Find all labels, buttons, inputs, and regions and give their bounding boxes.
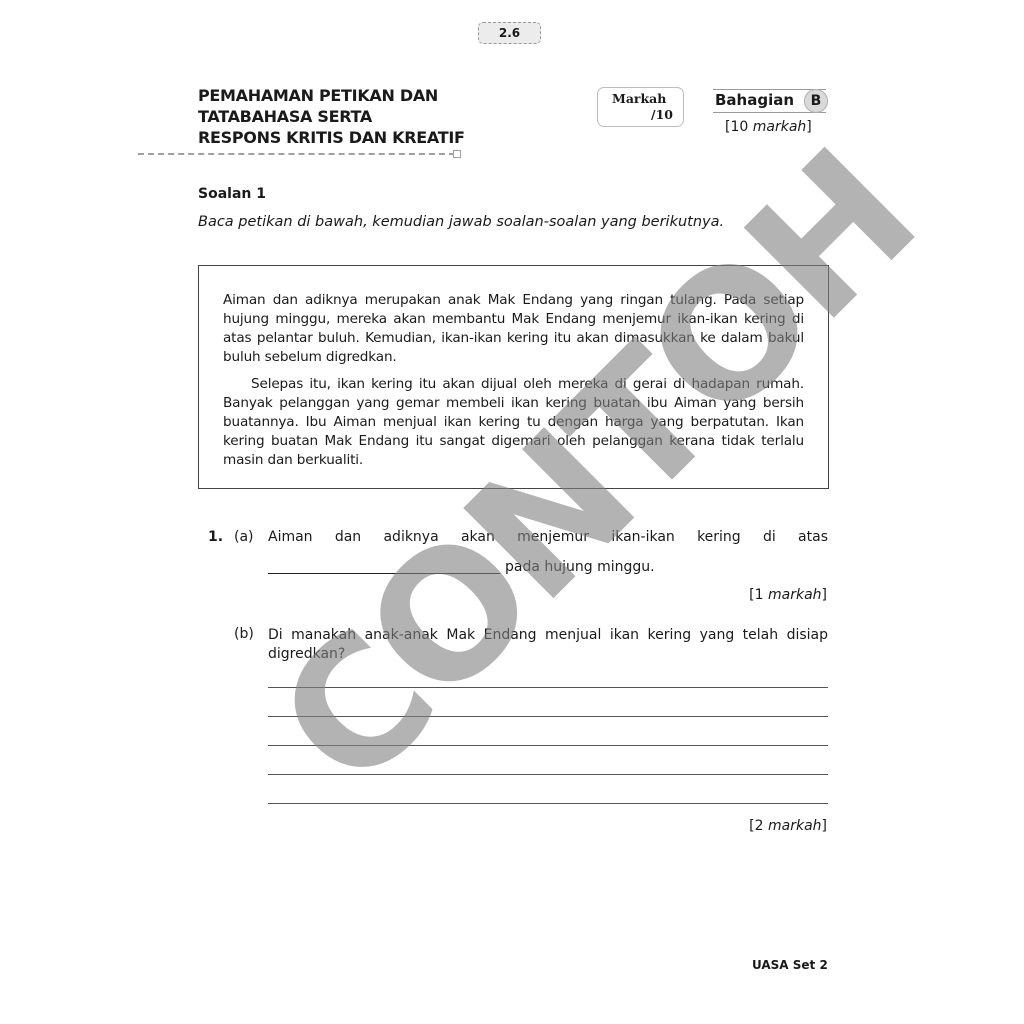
question-b-label: (b) bbox=[234, 626, 254, 642]
question-a-answer-blank[interactable] bbox=[268, 573, 500, 574]
question-b-answer-line[interactable] bbox=[268, 774, 828, 775]
question-a-label: (a) bbox=[234, 529, 254, 545]
part-label: Bahagian bbox=[715, 91, 794, 109]
page-number: 2.6 bbox=[478, 22, 541, 44]
marks-word: markah bbox=[768, 587, 822, 603]
question-b-answer-line[interactable] bbox=[268, 803, 828, 804]
part-marks-bracket: ] bbox=[806, 119, 811, 135]
part-header: Bahagian B bbox=[713, 89, 826, 113]
question-b-answer-line[interactable] bbox=[268, 716, 828, 717]
question-number: 1. bbox=[208, 529, 223, 545]
marks-number: [1 bbox=[749, 587, 768, 603]
question-b-answer-line[interactable] bbox=[268, 745, 828, 746]
part-marks-word: markah bbox=[753, 119, 807, 135]
score-box: Markah /10 bbox=[597, 87, 684, 127]
section-title-line: PEMAHAMAN PETIKAN DAN bbox=[198, 85, 465, 106]
instruction-text: Baca petikan di bawah, kemudian jawab so… bbox=[198, 214, 724, 230]
marks-bracket: ] bbox=[822, 818, 827, 834]
section-title-line: RESPONS KRITIS DAN KREATIF bbox=[198, 127, 465, 148]
dashed-divider bbox=[138, 153, 455, 155]
question-b-text: Di manakah anak-anak Mak Endang menjual … bbox=[268, 626, 828, 664]
score-total: /10 bbox=[651, 107, 673, 122]
passage-paragraph: Aiman dan adiknya merupakan anak Mak End… bbox=[223, 291, 804, 367]
part-letter-badge: B bbox=[804, 89, 828, 113]
footer-label: UASA Set 2 bbox=[752, 958, 828, 972]
marks-bracket: ] bbox=[822, 587, 827, 603]
passage-paragraph: Selepas itu, ikan kering itu akan dijual… bbox=[223, 375, 804, 470]
section-title-line: TATABAHASA SERTA bbox=[198, 106, 465, 127]
section-title: PEMAHAMAN PETIKAN DAN TATABAHASA SERTA R… bbox=[198, 85, 465, 148]
question-set-title: Soalan 1 bbox=[198, 186, 266, 202]
divider-end-square-icon bbox=[453, 150, 461, 158]
question-b-answer-line[interactable] bbox=[268, 687, 828, 688]
part-marks-number: [10 bbox=[725, 119, 753, 135]
marks-word: markah bbox=[768, 818, 822, 834]
marks-number: [2 bbox=[749, 818, 768, 834]
question-a-tail: pada hujung minggu. bbox=[505, 559, 655, 575]
question-a-text: Aiman dan adiknya akan menjemur ikan-ika… bbox=[268, 529, 828, 545]
score-label: Markah bbox=[612, 91, 666, 106]
passage-box: Aiman dan adiknya merupakan anak Mak End… bbox=[198, 265, 829, 489]
part-marks: [10 markah] bbox=[725, 119, 812, 135]
question-b-marks: [2 markah] bbox=[749, 818, 827, 834]
question-a-marks: [1 markah] bbox=[749, 587, 827, 603]
